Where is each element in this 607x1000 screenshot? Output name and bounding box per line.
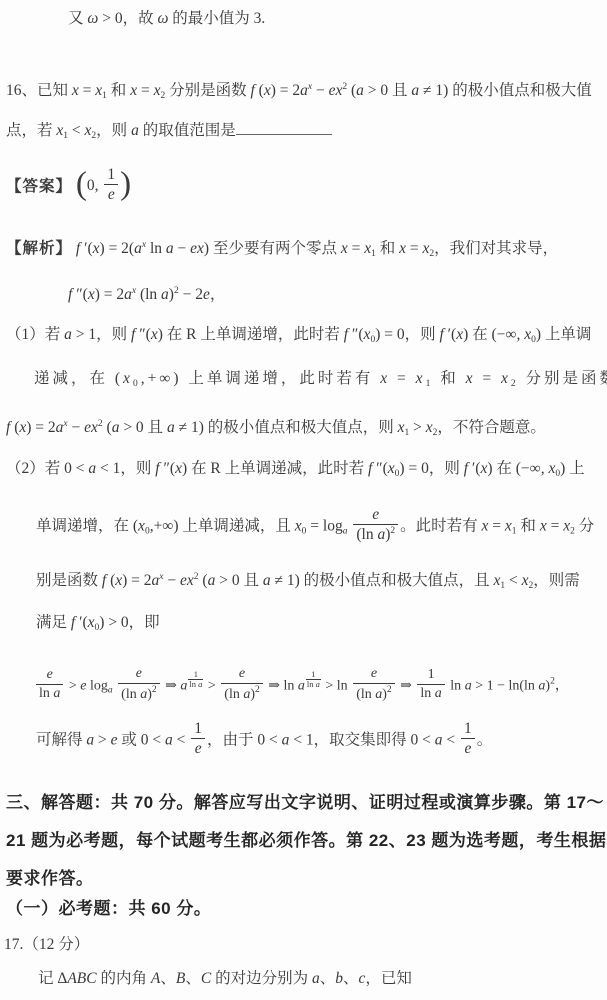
case1-line-1: （1）若 a > 1，则 f ″(x) 在 R 上单调递增，此时若 f ″(x0…: [6, 324, 591, 351]
analysis-tag: 【解析】: [6, 240, 72, 257]
analysis-line: 【解析】 f ′(x) = 2(ax ln a − ex) 至少要有两个零点 x…: [6, 234, 558, 265]
subsection-heading: （一）必考题：共 60 分。: [6, 898, 211, 920]
section3-heading-line-1: 三、解答题：共 70 分。解答应写出文字说明、证明过程或演算步骤。第 17～: [6, 792, 604, 814]
document-page: 又 ω > 0，故 ω 的最小值为 3. 16、已知 x = x1 和 x = …: [0, 0, 607, 1000]
answer-tag: 【答案】: [6, 178, 72, 195]
case2-line-1: （2）若 0 < a < 1，则 f ″(x) 在 R 上单调递减，此时若 f …: [6, 458, 585, 485]
section3-heading-line-3: 要求作答。: [6, 868, 94, 890]
case2-line-2: 单调递增，在 (x0,+∞) 上单调递减，且 x0 = loga e(ln a)…: [36, 508, 594, 546]
case2-line-4: 满足 f ′(x0) > 0，即: [36, 612, 160, 639]
question-17-statement: 记 ΔABC 的内角 A、B、C 的对边分别为 a、b、c，已知: [38, 968, 412, 990]
question-16-line-1: 16、已知 x = x1 和 x = x2 分别是函数 f (x) = 2ax …: [6, 76, 592, 107]
case1-line-3: f (x) = 2ax − ex2 (a > 0 且 a ≠ 1) 的极小值点和…: [6, 413, 546, 444]
omega-conclusion-line: 又 ω > 0，故 ω 的最小值为 3.: [68, 8, 265, 30]
case2-line-3: 别是函数 f (x) = 2ax − ex2 (a > 0 且 a ≠ 1) 的…: [36, 566, 580, 597]
analysis-text: f ′(x) = 2(ax ln a − ex) 至少要有两个零点 x = x1…: [76, 240, 558, 257]
solution-line: 可解得 a > e 或 0 < a < 1e，由于 0 < a < 1，取交集即…: [36, 722, 492, 760]
section3-heading-line-2: 21 题为必考题，每个试题考生都必须作答。第 22、23 题为选考题，考生根据: [6, 830, 606, 852]
question-16-line-2: 点，若 x1 < x2，则 a 的取值范围是: [6, 120, 332, 147]
question-17-number: 17.（12 分）: [4, 934, 89, 956]
answer-line: 【答案】 (0, 1e): [6, 168, 131, 206]
inequality-chain-line: eln a > e loga e(ln a)2 ⇒ a1ln a > e(ln …: [34, 668, 569, 704]
case1-line-2: 递减，在 (x0,+∞) 上单调递增，此时若有 x = x1 和 x = x2 …: [34, 368, 607, 395]
answer-value: (0, 1e): [76, 177, 131, 194]
analysis-derivative-line: f ″(x) = 2ax (ln a)2 − 2e，: [68, 280, 225, 306]
